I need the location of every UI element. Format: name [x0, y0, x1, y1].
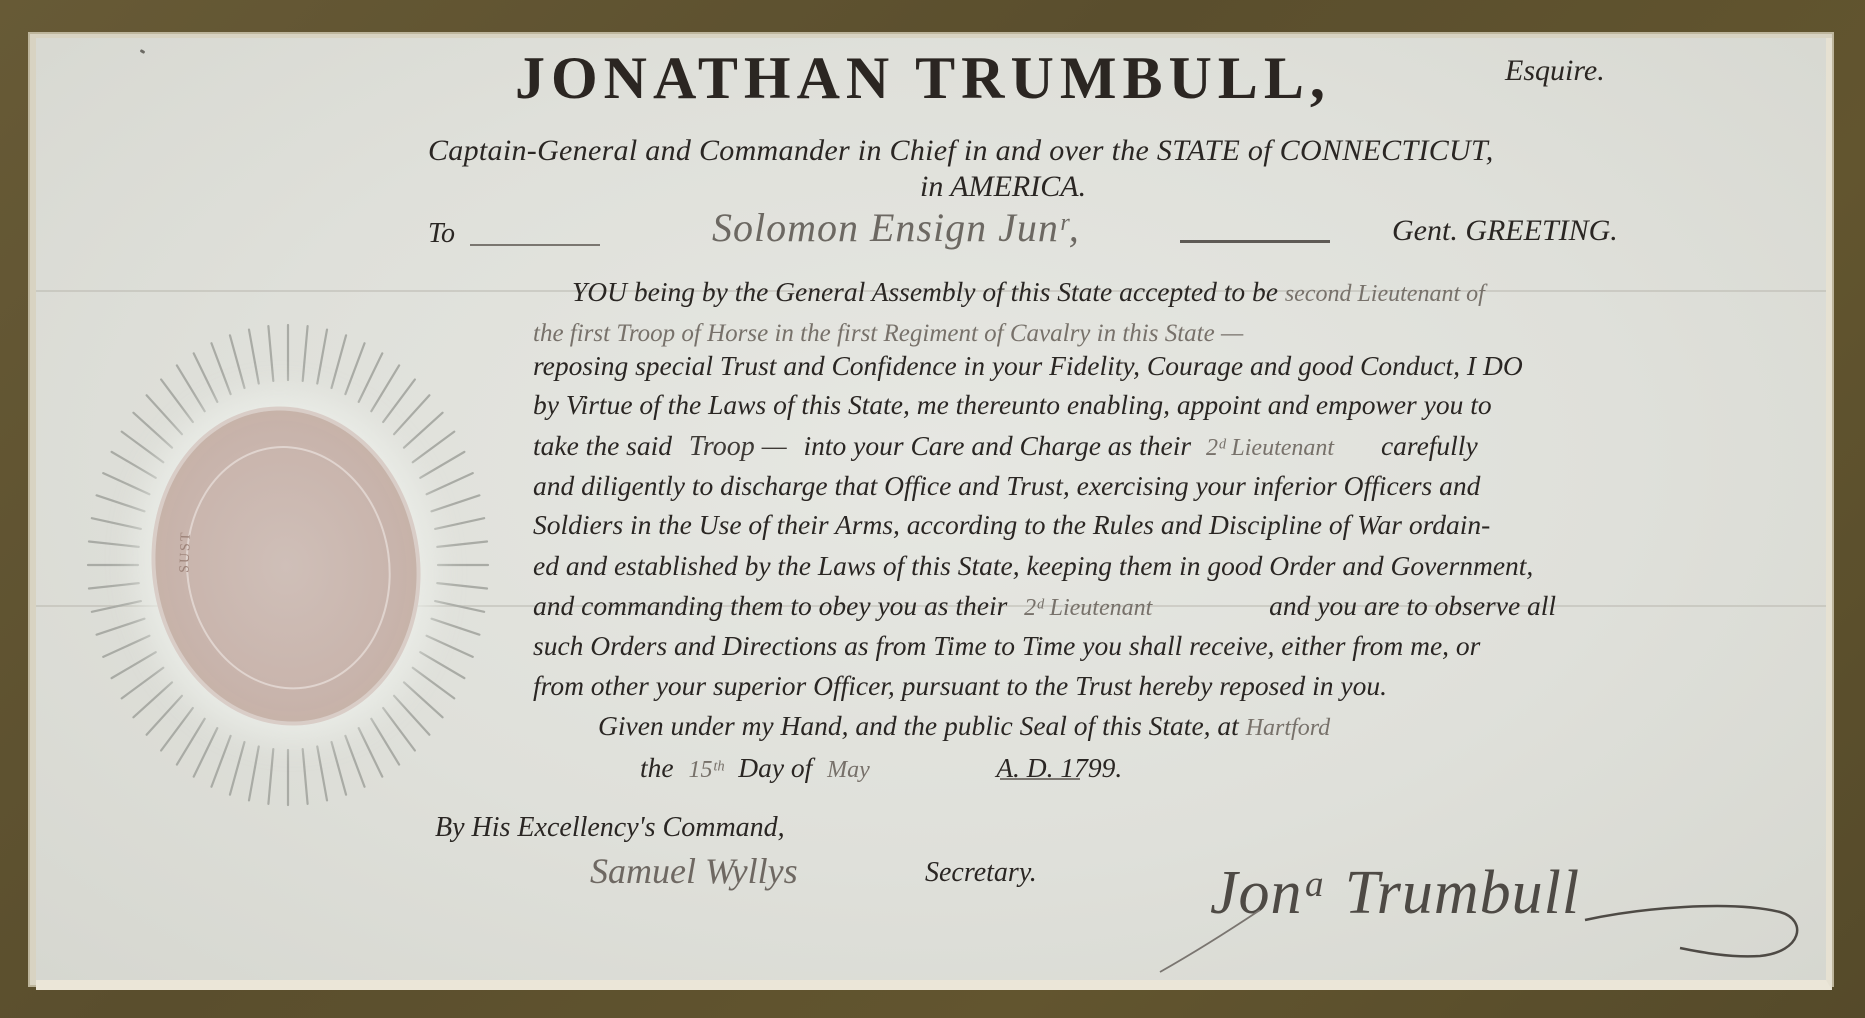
body-line-2: the first Troop of Horse in the first Re… — [533, 316, 1243, 348]
body-line-1: YOU being by the General Assembly of thi… — [572, 276, 1485, 308]
handwritten-insert: Troop — — [689, 431, 787, 462]
seal-legend: SUST — [177, 530, 194, 573]
body-line-4: by Virtue of the Laws of this State, me … — [533, 389, 1492, 421]
printed-text: Day of — [738, 752, 812, 783]
printed-text: carefully — [1381, 430, 1478, 461]
printed-text: and you are to observe all — [1269, 590, 1556, 621]
recipient-name: Solomon Ensign Junʳ, — [712, 204, 1080, 251]
embossed-state-seal: SUST — [78, 310, 498, 810]
handwritten-insert: the first Troop of Horse in the first Re… — [533, 320, 1243, 347]
secretary-label: Secretary. — [925, 857, 1037, 889]
body-line-8: ed and established by the Laws of this S… — [533, 550, 1533, 582]
blank-line — [1000, 778, 1080, 780]
blank-line — [1180, 240, 1330, 243]
printed-text: Given under my Hand, and the public Seal… — [598, 710, 1239, 741]
body-line-3: reposing special Trust and Confidence in… — [533, 350, 1523, 382]
body-line-6: and diligently to discharge that Office … — [533, 470, 1480, 502]
handwritten-insert: second Lieutenant of — [1285, 281, 1485, 307]
handwritten-insert: 2ᵈ Lieutenant — [1206, 435, 1334, 461]
signature-flourish-icon — [1580, 890, 1810, 970]
signature-tail-icon — [1150, 900, 1270, 980]
body-line-10: such Orders and Directions as from Time … — [533, 630, 1480, 662]
month-handwritten: May — [827, 757, 870, 783]
day-handwritten: 15ᵗʰ — [688, 757, 723, 783]
given-line: Given under my Hand, and the public Seal… — [598, 710, 1330, 742]
body-line-7: Soldiers in the Use of their Arms, accor… — [533, 509, 1490, 541]
seal-inner-ring — [170, 433, 406, 703]
title-suffix: Esquire. — [1505, 54, 1605, 88]
printed-text: and commanding them to obey you as their — [533, 590, 1007, 621]
handwritten-insert: 2ᵈ Lieutenant — [1024, 595, 1152, 621]
printed-text: into your Care and Charge as their — [804, 430, 1192, 461]
document-title: JONATHAN TRUMBULL, — [515, 44, 1331, 113]
printed-text: take the said — [533, 430, 672, 461]
subtitle-line-2: in AMERICA. — [920, 170, 1086, 204]
body-line-9: and commanding them to obey you as their… — [533, 590, 1556, 622]
subtitle-line-1: Captain-General and Commander in Chief i… — [428, 134, 1494, 168]
printed-text: the — [640, 752, 674, 783]
printed-text: YOU being by the General Assembly of thi… — [572, 276, 1278, 307]
body-line-5: take the said Troop — into your Care and… — [533, 430, 1478, 463]
body-line-11: from other your superior Officer, pursua… — [533, 670, 1387, 702]
by-command-line: By His Excellency's Command, — [435, 812, 785, 844]
to-label: To — [428, 218, 455, 250]
secretary-signature: Samuel Wyllys — [590, 850, 798, 892]
blank-line — [470, 244, 600, 246]
greeting-label: Gent. GREETING. — [1392, 214, 1618, 248]
place-handwritten: Hartford — [1246, 715, 1330, 741]
